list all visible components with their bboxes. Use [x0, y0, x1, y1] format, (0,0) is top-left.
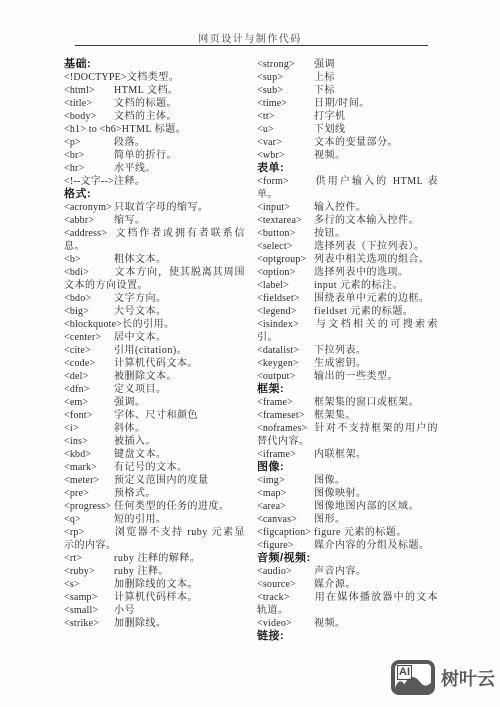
tag-description: 上标: [314, 72, 335, 83]
tag-name: <del>: [64, 370, 114, 383]
tag-name: <!DOCTYPE>: [64, 71, 127, 84]
tag-name: <progress>: [64, 500, 114, 513]
tag-entry: <dfn>定义项目。: [64, 383, 245, 396]
tag-description: 加删除线。: [114, 618, 167, 629]
tag-description: 字体、尺寸和颜色: [114, 410, 198, 421]
page-header-title: 网页设计与制作代码: [0, 30, 500, 45]
tag-description: 多行的文本输入控件。: [314, 215, 419, 226]
tag-entry: <sub>下标: [257, 84, 438, 97]
tag-name: <ins>: [64, 435, 114, 448]
tag-name: <!--文字-->: [64, 175, 114, 188]
tag-name: <bdo>: [64, 292, 114, 305]
tag-description: input 元素的标注。: [314, 280, 403, 291]
tag-entry: <textarea>多行的文本输入控件。: [257, 214, 438, 227]
tag-entry: <figure>媒介内容的分组及标题。: [257, 539, 438, 552]
content-area: 基础:<!DOCTYPE>文档类型。<html>HTML 文档。<title>文…: [64, 58, 438, 643]
tag-entry: <q>短的引用。: [64, 513, 245, 526]
tag-description: 下标: [314, 85, 335, 96]
tag-description: 粗体文本。: [114, 254, 167, 265]
tag-description: 选择列表中的选项。: [314, 267, 409, 278]
tag-description: 简单的折行。: [114, 150, 177, 161]
tag-name: <option>: [257, 266, 314, 279]
tag-name: <cite>: [64, 344, 114, 357]
tag-name: <canvas>: [257, 513, 314, 526]
tag-entry: <rt>ruby 注释的解释。: [64, 552, 245, 565]
tag-description: 输入控件。: [314, 202, 367, 213]
tag-description: 只取首字母的缩写。: [114, 202, 209, 213]
tag-description: 围绕表单中元素的边框。: [314, 293, 430, 304]
tag-description: 文档的主体。: [114, 111, 177, 122]
tag-description: 输出的一些类型。: [314, 371, 398, 382]
section-title: 格式:: [64, 188, 245, 201]
tag-name: <p>: [64, 136, 114, 149]
tag-entry: <datalist>下拉列表。: [257, 344, 438, 357]
tag-description: HTML 文档。: [114, 85, 178, 96]
tag-name: <img>: [257, 474, 314, 487]
section-title: 图像:: [257, 461, 438, 474]
tag-entry: <b>粗体文本。: [64, 253, 245, 266]
tag-name: <h1> to <h6>: [64, 123, 122, 136]
column-left: 基础:<!DOCTYPE>文档类型。<html>HTML 文档。<title>文…: [64, 58, 245, 643]
tag-name: <map>: [257, 487, 314, 500]
tag-entry: <frame>框架集的窗口或框架。: [257, 396, 438, 409]
tag-entry: <samp>计算机代码样本。: [64, 591, 245, 604]
tag-name: <strong>: [257, 58, 314, 71]
tag-description: fieldset 元素的标题。: [314, 306, 413, 317]
tag-name: <noframes>: [257, 422, 314, 435]
tag-description: 视频。: [314, 618, 346, 629]
tag-name: <small>: [64, 604, 114, 617]
tag-entry: <video>视频。: [257, 617, 438, 630]
tag-name: <u>: [257, 123, 314, 136]
tag-name: <html>: [64, 84, 114, 97]
tag-name: <acronym>: [64, 201, 114, 214]
header-divider-line: [75, 45, 428, 46]
document-page: 网页设计与制作代码 基础:<!DOCTYPE>文档类型。<html>HTML 文…: [0, 0, 500, 707]
tag-entry: <select>选择列表（下拉列表）。: [257, 240, 438, 253]
tag-name: <label>: [257, 279, 314, 292]
tag-description: 日期/时间。: [314, 98, 370, 109]
tag-entry: <hr>水平线。: [64, 162, 245, 175]
tag-entry: <legend>fieldset 元素的标题。: [257, 305, 438, 318]
tag-name: <s>: [64, 578, 114, 591]
section-title: 表单:: [257, 162, 438, 175]
tag-description: 加删除线的文本。: [114, 579, 198, 590]
tag-description: 斜体。: [114, 423, 146, 434]
section-title: 框架:: [257, 383, 438, 396]
tag-description: 图像映射。: [314, 488, 367, 499]
tag-entry: <blockquote>长的引用。: [64, 318, 245, 331]
tag-description: 预格式。: [114, 488, 156, 499]
tag-entry: <ins>被插入。: [64, 435, 245, 448]
tag-entry: <iframe>内联框架。: [257, 448, 438, 461]
tag-name: <title>: [64, 97, 114, 110]
tag-description: 图形。: [314, 514, 346, 525]
tag-entry: <strike>加删除线。: [64, 617, 245, 630]
tag-entry: <source>媒介源。: [257, 578, 438, 591]
tag-entry: <keygen>生成密钥。: [257, 357, 438, 370]
tag-name: <pre>: [64, 487, 114, 500]
tag-name: <sub>: [257, 84, 314, 97]
tag-name: <code>: [64, 357, 114, 370]
tag-name: <ruby>: [64, 565, 114, 578]
tag-entry: <s>加删除线的文本。: [64, 578, 245, 591]
tag-entry: <meter>预定义范围内的度量: [64, 474, 245, 487]
tag-name: <dfn>: [64, 383, 114, 396]
tag-name: <bdi>: [64, 266, 114, 279]
tag-entry: <input>输入控件。: [257, 201, 438, 214]
tag-name: <abbr>: [64, 214, 114, 227]
tag-description: 下拉列表。: [314, 345, 367, 356]
tag-name: <br>: [64, 149, 114, 162]
tag-entry: <acronym>只取首字母的缩写。: [64, 201, 245, 214]
tag-description: 缩写。: [114, 215, 146, 226]
tag-name: <address>: [64, 227, 114, 240]
tag-description: 有记号的文本。: [114, 462, 188, 473]
tag-entry: <noframes>针对不支持框架的用户的替代内容。: [257, 422, 438, 448]
tag-name: <hr>: [64, 162, 114, 175]
tag-name: <audio>: [257, 565, 314, 578]
tag-name: <frameset>: [257, 409, 314, 422]
tag-name: <fieldset>: [257, 292, 314, 305]
tag-name: <track>: [257, 591, 314, 604]
tag-name: <iframe>: [257, 448, 314, 461]
tag-entry: <isindex>与文档相关的可搜索索引。: [257, 318, 438, 344]
tag-description: 小号: [114, 605, 135, 616]
tag-description: 注释。: [114, 176, 146, 187]
tag-entry: <tt>打字机: [257, 110, 438, 123]
tag-name: <source>: [257, 578, 314, 591]
tag-name: <select>: [257, 240, 314, 253]
tag-name: <datalist>: [257, 344, 314, 357]
tag-description: 长的引用。: [122, 319, 175, 330]
tag-description: 强调。: [114, 397, 146, 408]
tag-description: 媒介源。: [314, 579, 356, 590]
tag-description: 短的引用。: [114, 514, 167, 525]
tag-name: <font>: [64, 409, 114, 422]
tag-description: 任何类型的任务的进度。: [114, 501, 230, 512]
tag-description: 媒介内容的分组及标题。: [314, 540, 430, 551]
tag-name: <body>: [64, 110, 114, 123]
tag-description: 居中文本。: [114, 332, 167, 343]
tag-entry: <optgroup>列表中相关选项的组合。: [257, 253, 438, 266]
tag-description: 视频。: [314, 150, 346, 161]
tag-entry: <cite>引用(citation)。: [64, 344, 245, 357]
tag-name: <figcaption>: [257, 526, 314, 539]
tag-description: 段落。: [114, 137, 146, 148]
tag-name: <i>: [64, 422, 114, 435]
tag-name: <blockquote>: [64, 318, 122, 331]
tag-description: 框架集。: [314, 410, 356, 421]
tag-name: <video>: [257, 617, 314, 630]
tag-name: <legend>: [257, 305, 314, 318]
tag-entry: <br>简单的折行。: [64, 149, 245, 162]
watermark: AI 树叶云: [391, 660, 495, 695]
tag-name: <big>: [64, 305, 114, 318]
tag-description: 选择列表（下拉列表）。: [314, 241, 425, 252]
tag-description: 键盘文本。: [114, 449, 167, 460]
tag-name: <rp>: [64, 526, 114, 539]
tag-name: <area>: [257, 500, 314, 513]
tag-description: 打字机: [314, 111, 346, 122]
tag-entry: <center>居中文本。: [64, 331, 245, 344]
tag-description: 下划线: [314, 124, 346, 135]
tag-entry: <rp>浏览器不支持 ruby 元素显示的内容。: [64, 526, 245, 552]
tag-entry: <pre>预格式。: [64, 487, 245, 500]
tag-name: <strike>: [64, 617, 114, 630]
tag-entry: <strong>强调: [257, 58, 438, 71]
tag-description: 文本的变量部分。: [314, 137, 398, 148]
tag-description: 引用(citation)。: [114, 345, 187, 356]
tag-entry: <bdi>文本方向，使其脱离其周围文本的方向设置。: [64, 266, 245, 292]
tag-name: <q>: [64, 513, 114, 526]
tag-name: <optgroup>: [257, 253, 314, 266]
tag-name: <em>: [64, 396, 114, 409]
tag-entry: <html>HTML 文档。: [64, 84, 245, 97]
tag-entry: <em>强调。: [64, 396, 245, 409]
column-right: <strong>强调<sup>上标<sub>下标<time>日期/时间。<tt>…: [257, 58, 438, 643]
tag-entry: <time>日期/时间。: [257, 97, 438, 110]
tag-entry: <!DOCTYPE>文档类型。: [64, 71, 245, 84]
tag-description: 计算机代码样本。: [114, 592, 198, 603]
tag-description: 文档类型。: [127, 72, 180, 83]
tag-entry: <bdo>文字方向。: [64, 292, 245, 305]
tag-entry: <!--文字-->注释。: [64, 175, 245, 188]
tag-name: <var>: [257, 136, 314, 149]
tag-entry: <canvas>图形。: [257, 513, 438, 526]
tag-description: 声音内容。: [314, 566, 367, 577]
tag-entry: <big>大号文本。: [64, 305, 245, 318]
tag-name: <frame>: [257, 396, 314, 409]
tag-name: <meter>: [64, 474, 114, 487]
tag-entry: <sup>上标: [257, 71, 438, 84]
tag-name: <isindex>: [257, 318, 314, 331]
tag-name: <button>: [257, 227, 314, 240]
tag-entry: <var>文本的变量部分。: [257, 136, 438, 149]
tag-description: figure 元素的标题。: [314, 527, 407, 538]
tag-entry: <option>选择列表中的选项。: [257, 266, 438, 279]
tag-entry: <wbr>视频。: [257, 149, 438, 162]
tag-name: <samp>: [64, 591, 114, 604]
tag-description: 图像地图内部的区域。: [314, 501, 419, 512]
tag-entry: <del>被删除文本。: [64, 370, 245, 383]
tag-description: 预定义范围内的度量: [114, 475, 209, 486]
tag-description: 图像。: [314, 475, 346, 486]
tag-description: 强调: [314, 59, 335, 70]
tag-entry: <button>按钮。: [257, 227, 438, 240]
tag-entry: <figcaption>figure 元素的标题。: [257, 526, 438, 539]
tag-name: <center>: [64, 331, 114, 344]
tag-name: <output>: [257, 370, 314, 383]
tag-entry: <code>计算机代码文本。: [64, 357, 245, 370]
tag-name: <figure>: [257, 539, 314, 552]
tag-name: <rt>: [64, 552, 114, 565]
tag-entry: <kbd>键盘文本。: [64, 448, 245, 461]
tag-entry: <frameset>框架集。: [257, 409, 438, 422]
tag-entry: <output>输出的一些类型。: [257, 370, 438, 383]
tag-entry: <title>文档的标题。: [64, 97, 245, 110]
tag-name: <keygen>: [257, 357, 314, 370]
tag-entry: <p>段落。: [64, 136, 245, 149]
tag-name: <b>: [64, 253, 114, 266]
tag-name: <wbr>: [257, 149, 314, 162]
tag-description: 按钮。: [314, 228, 346, 239]
tag-description: HTML 标题。: [122, 124, 186, 135]
tag-description: 定义项目。: [114, 384, 167, 395]
tag-entry: <fieldset>围绕表单中元素的边框。: [257, 292, 438, 305]
tag-description: 文字方向。: [114, 293, 167, 304]
section-title: 音频/视频:: [257, 552, 438, 565]
tag-entry: <u>下划线: [257, 123, 438, 136]
tag-description: 框架集的窗口或框架。: [314, 397, 419, 408]
tag-name: <mark>: [64, 461, 114, 474]
tag-entry: <h1> to <h6>HTML 标题。: [64, 123, 245, 136]
tag-description: 列表中相关选项的组合。: [314, 254, 430, 265]
tag-entry: <label>input 元素的标注。: [257, 279, 438, 292]
tag-description: 文档的标题。: [114, 98, 177, 109]
tag-entry: <body>文档的主体。: [64, 110, 245, 123]
tag-name: <kbd>: [64, 448, 114, 461]
tag-entry: <address>文档作者或拥有者联系信息。: [64, 227, 245, 253]
tag-description: 内联框架。: [314, 449, 367, 460]
tag-name: <textarea>: [257, 214, 314, 227]
tag-entry: <img>图像。: [257, 474, 438, 487]
tag-name: <tt>: [257, 110, 314, 123]
tag-name: <input>: [257, 201, 314, 214]
tag-name: <form>: [257, 175, 314, 188]
tag-entry: <form>供用户输入的 HTML 表单。: [257, 175, 438, 201]
section-title: 基础:: [64, 58, 245, 71]
tag-description: ruby 注释的解释。: [114, 553, 200, 564]
tag-entry: <area>图像地图内部的区域。: [257, 500, 438, 513]
tag-name: <time>: [257, 97, 314, 110]
tag-description: 水平线。: [114, 163, 156, 174]
tag-entry: <ruby>ruby 注释。: [64, 565, 245, 578]
ai-logo-label: AI: [397, 665, 412, 680]
section-title: 链接:: [257, 630, 438, 643]
tag-entry: <mark>有记号的文本。: [64, 461, 245, 474]
tag-entry: <progress>任何类型的任务的进度。: [64, 500, 245, 513]
tag-entry: <small>小号: [64, 604, 245, 617]
tag-description: ruby 注释。: [114, 566, 169, 577]
tag-entry: <audio>声音内容。: [257, 565, 438, 578]
tag-description: 生成密钥。: [314, 358, 367, 369]
tag-description: 大号文本。: [114, 306, 167, 317]
tag-entry: <track>用在媒体播放器中的文本轨道。: [257, 591, 438, 617]
tag-name: <sup>: [257, 71, 314, 84]
tag-entry: <abbr>缩写。: [64, 214, 245, 227]
tag-entry: <map>图像映射。: [257, 487, 438, 500]
watermark-brand-text: 树叶云: [441, 665, 495, 691]
ai-picture-logo-icon: AI: [391, 660, 435, 695]
tag-description: 被插入。: [114, 436, 156, 447]
tag-description: 计算机代码文本。: [114, 358, 198, 369]
tag-entry: <font>字体、尺寸和颜色: [64, 409, 245, 422]
tag-entry: <i>斜体。: [64, 422, 245, 435]
tag-description: 被删除文本。: [114, 371, 177, 382]
